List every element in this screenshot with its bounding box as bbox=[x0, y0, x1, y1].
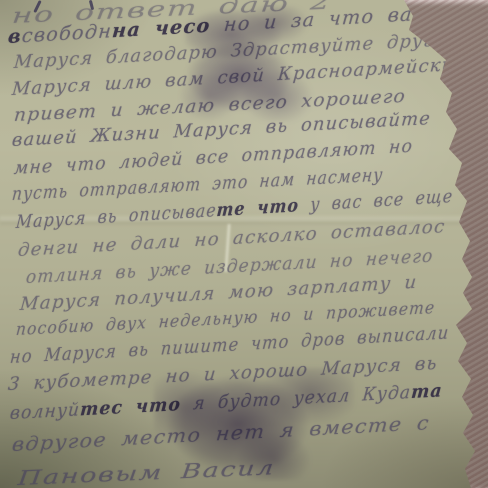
handwriting-text: Пановым Васил bbox=[17, 455, 276, 488]
handwriting-text: Маруся вь описывае bbox=[15, 200, 217, 233]
letter-photograph: но ответ даю 2всвободнна чесо но и за чт… bbox=[0, 0, 488, 488]
handwriting-text: у вас все еще bbox=[298, 186, 454, 216]
letter-paper: но ответ даю 2всвободнна чесо но и за чт… bbox=[0, 0, 488, 488]
overwritten-bold-text: тес что bbox=[79, 394, 182, 420]
handwriting-line: Пановым Васил bbox=[17, 455, 276, 488]
handwriting-lines: но ответ даю 2всвободнна чесо но и за чт… bbox=[0, 0, 488, 488]
overwritten-bold-text: те что bbox=[216, 195, 300, 221]
handwriting-text: волнуй bbox=[9, 399, 81, 424]
handwriting-text: свободн bbox=[21, 20, 113, 47]
overwritten-bold-text: на чесо bbox=[111, 15, 211, 43]
overwritten-bold-text: та bbox=[410, 380, 443, 403]
handwriting-text: я будто уехал Куда bbox=[180, 382, 412, 415]
